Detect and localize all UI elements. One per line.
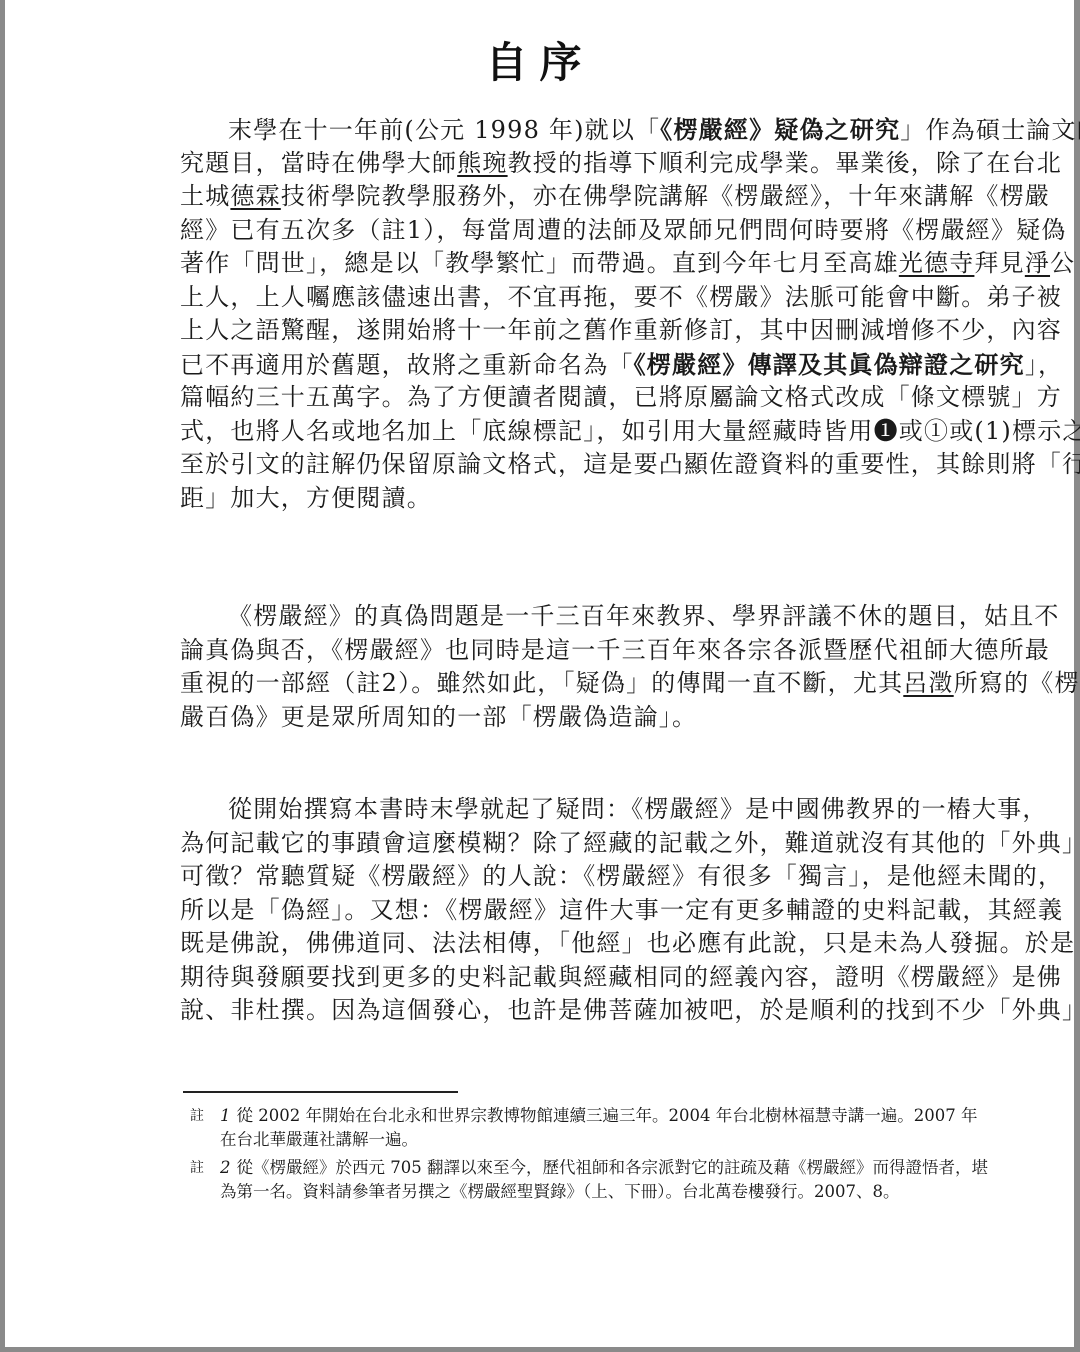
text-line: 為何記載它的事蹟會這麼模糊？除了經藏的記載之外，難道就沒有其他的「外典」: [180, 827, 980, 861]
text-line: 可徵？常聽質疑《楞嚴經》的人說：《楞嚴經》有很多「獨言」，是他經未聞的，: [180, 860, 980, 894]
text-line: 期待與發願要找到更多的史料記載與經藏相同的經義內容，證明《楞嚴經》是佛: [180, 961, 980, 995]
text-line: 著作「問世」，總是以「教學繁忙」而帶過。直到今年七月至高雄光德寺拜見淨公: [180, 247, 980, 281]
paragraph-2: 《楞嚴經》的真偽問題是一千三百年來教界、學界評議不休的題目，姑且不論真偽與否，《…: [180, 600, 980, 734]
paragraph-1: 末學在十一年前(公元 1998 年)就以「《楞嚴經》疑偽之研究」作為碩士論文的研…: [180, 113, 980, 515]
text-line: 從開始撰寫本書時末學就起了疑問：《楞嚴經》是中國佛教界的一樁大事，: [180, 793, 980, 827]
text-line: 經》已有五次多（註1），每當周遭的法師及眾師兄們問何時要將《楞嚴經》疑偽: [180, 214, 980, 248]
text-line: 至於引文的註解仍保留原論文格式，這是要凸顯佐證資料的重要性，其餘則將「行: [180, 448, 980, 482]
scanned-page: 自序 末學在十一年前(公元 1998 年)就以「《楞嚴經》疑偽之研究」作為碩士論…: [5, 0, 1074, 1347]
paragraph-3: 從開始撰寫本書時末學就起了疑問：《楞嚴經》是中國佛教界的一樁大事，為何記載它的事…: [180, 793, 980, 1028]
text-line: 究題目，當時在佛學大師熊琬教授的指導下順利完成學業。畢業後，除了在台北: [180, 147, 980, 181]
text-line: 所以是「偽經」。又想：《楞嚴經》這件大事一定有更多輔證的史料記載，其經義: [180, 894, 980, 928]
footnote-mark: 註: [190, 1156, 204, 1180]
text-line: 既是佛說，佛佛道同、法法相傳，「他經」也必應有此說，只是未為人發掘。於是: [180, 927, 980, 961]
footnote-mark: 註: [190, 1104, 204, 1128]
footnote-2: 註 2從《楞嚴經》於西元 705 翻譯以來至今，歷代祖師和各宗派對它的註疏及藉《…: [190, 1156, 990, 1204]
text-line: 篇幅約三十五萬字。為了方便讀者閱讀，已將原屬論文格式改成「條文標號」方: [180, 381, 980, 415]
footnote-text: 從 2002 年開始在台北永和世界宗教博物館連續三遍三年。2004 年台北樹林福…: [220, 1106, 977, 1149]
text-line: 已不再適用於舊題，故將之重新命名為「《楞嚴經》傳譯及其眞偽辯證之研究」，: [180, 348, 980, 382]
text-line: 土城德霖技術學院教學服務外，亦在佛學院講解《楞嚴經》，十年來講解《楞嚴: [180, 180, 980, 214]
text-line: 《楞嚴經》的真偽問題是一千三百年來教界、學界評議不休的題目，姑且不: [180, 600, 980, 634]
footnote-text: 從《楞嚴經》於西元 705 翻譯以來至今，歷代祖師和各宗派對它的註疏及藉《楞嚴經…: [220, 1158, 988, 1201]
footnote-number: 2: [220, 1158, 231, 1177]
text-line: 嚴百偽》更是眾所周知的一部「楞嚴偽造論」。: [180, 701, 980, 735]
footnote-number: 1: [220, 1106, 231, 1125]
text-line: 上人之語驚醒，遂開始將十一年前之舊作重新修訂，其中因刪減增修不少，內容: [180, 314, 980, 348]
page-title: 自序: [5, 30, 1074, 90]
text-line: 式，也將人名或地名加上「底線標記」，如引用大量經藏時皆用❶或①或(1)標示之，: [180, 415, 980, 449]
text-line: 距」加大，方便閱讀。: [180, 482, 980, 516]
footnote-divider: [183, 1091, 458, 1093]
text-line: 論真偽與否，《楞嚴經》也同時是這一千三百年來各宗各派暨歷代祖師大德所最: [180, 634, 980, 668]
text-line: 上人，上人囑應該儘速出書，不宜再拖，要不《楞嚴》法脈可能會中斷。弟子被: [180, 281, 980, 315]
text-line: 重視的一部經（註2）。雖然如此，「疑偽」的傳聞一直不斷，尤其呂澂所寫的《楞: [180, 667, 980, 701]
text-line: 說、非杜撰。因為這個發心，也許是佛菩薩加被吧，於是順利的找到不少「外典」: [180, 994, 980, 1028]
footnote-1: 註 1從 2002 年開始在台北永和世界宗教博物館連續三遍三年。2004 年台北…: [190, 1104, 990, 1152]
text-line: 末學在十一年前(公元 1998 年)就以「《楞嚴經》疑偽之研究」作為碩士論文的研: [180, 113, 980, 147]
footnotes: 註 1從 2002 年開始在台北永和世界宗教博物館連續三遍三年。2004 年台北…: [190, 1104, 990, 1208]
